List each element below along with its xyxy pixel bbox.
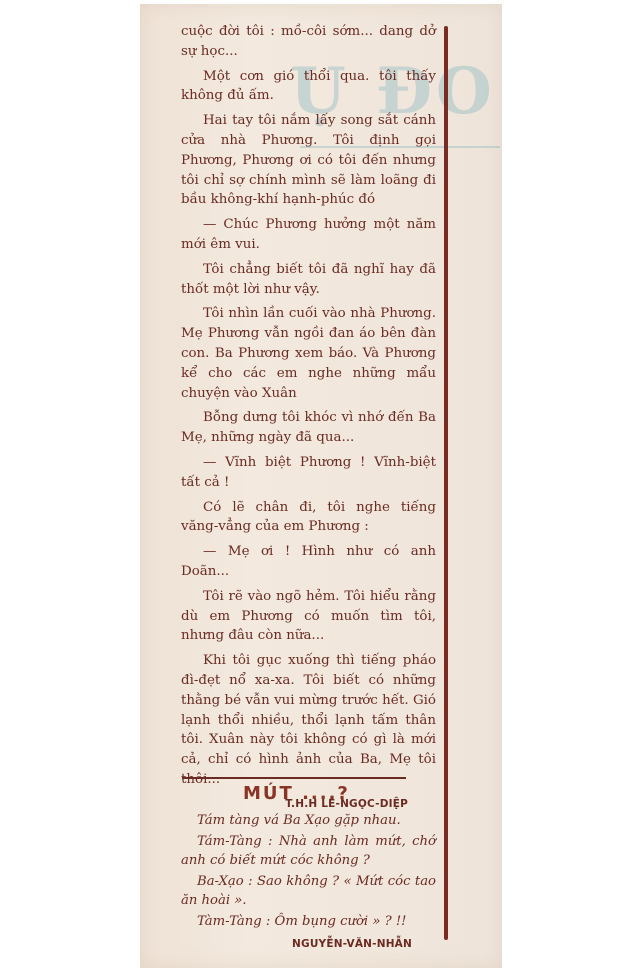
story-column: cuộc đời tôi : mồ-côi sớm... dang dở sự …	[181, 22, 436, 814]
column-divider-rule	[444, 26, 448, 940]
story-paragraph: Hai tay tôi nắm lấy song sắt cánh cửa nh…	[181, 111, 436, 210]
story-paragraph: — Chúc Phương hưởng một năm mới êm vui.	[181, 215, 436, 255]
story-paragraph: Tôi chẳng biết tôi đã nghĩ hay đã thốt m…	[181, 260, 436, 300]
story-paragraph: Tôi rẽ vào ngõ hẻm. Tôi hiểu rằng dù em …	[181, 587, 436, 646]
section-divider-rule	[182, 777, 406, 779]
story-paragraph: cuộc đời tôi : mồ-côi sớm... dang dở sự …	[181, 22, 436, 62]
joke-title: MÚT ....?	[243, 783, 350, 804]
joke-line: Ba-Xạo : Sao không ? « Mứt cóc tao ăn ho…	[181, 872, 436, 911]
story-paragraph: — Mẹ ơi ! Hình như có anh Doãn...	[181, 542, 436, 582]
story-paragraph: Khi tôi gục xuống thì tiếng pháo đì-đẹt …	[181, 651, 436, 790]
story-paragraph: Bỗng dưng tôi khóc vì nhớ đến Ba Mẹ, nhữ…	[181, 408, 436, 448]
story-paragraph: Một cơn gió thổi qua. tôi thấy không đủ …	[181, 67, 436, 107]
joke-line: Tám tàng vá Ba Xạo gặp nhau.	[181, 811, 436, 831]
story-paragraph: — Vĩnh biệt Phương ! Vĩnh-biệt tất cả !	[181, 453, 436, 493]
joke-line: Tàm-Tàng : Ôm bụng cười » ? !!	[181, 912, 436, 932]
joke-author: NGUYỄN-VĂN-NHẪN	[181, 935, 412, 955]
story-paragraph: Tôi nhìn lần cuối vào nhà Phương. Mẹ Phư…	[181, 304, 436, 403]
joke-line: Tám-Tàng : Nhà anh làm mứt, chớ anh có b…	[181, 832, 436, 871]
joke-column: Tám tàng vá Ba Xạo gặp nhau. Tám-Tàng : …	[181, 811, 436, 954]
story-paragraph: Có lẽ chân đi, tôi nghe tiếng văng-vẳng …	[181, 498, 436, 538]
